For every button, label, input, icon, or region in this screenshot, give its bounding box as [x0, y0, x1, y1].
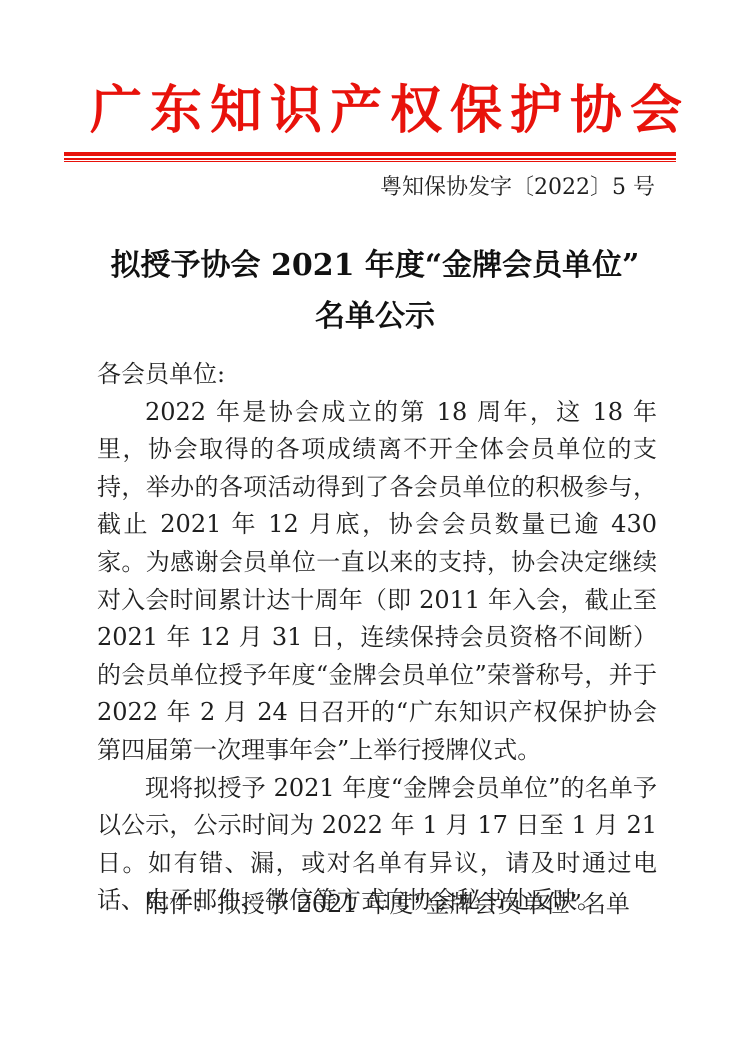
separator-line-thin	[64, 161, 676, 162]
letterhead-separator-rule	[64, 152, 676, 162]
attachment-line: 附件：拟授予 2021 年度“金牌会员单位”名单	[97, 886, 657, 924]
document-number: 粤知保协发字〔2022〕5 号	[97, 174, 655, 202]
salutation: 各会员单位:	[97, 356, 657, 394]
document-title-line-1: 拟授予协会 2021 年度“金牌会员单位”	[60, 240, 690, 291]
document-body: 各会员单位: 2022 年是协会成立的第 18 周年，这 18 年里，协会取得的…	[97, 356, 657, 920]
document-page: 广东知识产权保护协会 粤知保协发字〔2022〕5 号 拟授予协会 2021 年度…	[0, 0, 750, 1060]
letterhead-org-name: 广东知识产权保护协会	[88, 78, 692, 144]
document-title: 拟授予协会 2021 年度“金牌会员单位” 名单公示	[60, 240, 690, 342]
document-title-line-2: 名单公示	[60, 291, 690, 342]
body-paragraph-1: 2022 年是协会成立的第 18 周年，这 18 年里，协会取得的各项成绩离不开…	[97, 394, 657, 770]
